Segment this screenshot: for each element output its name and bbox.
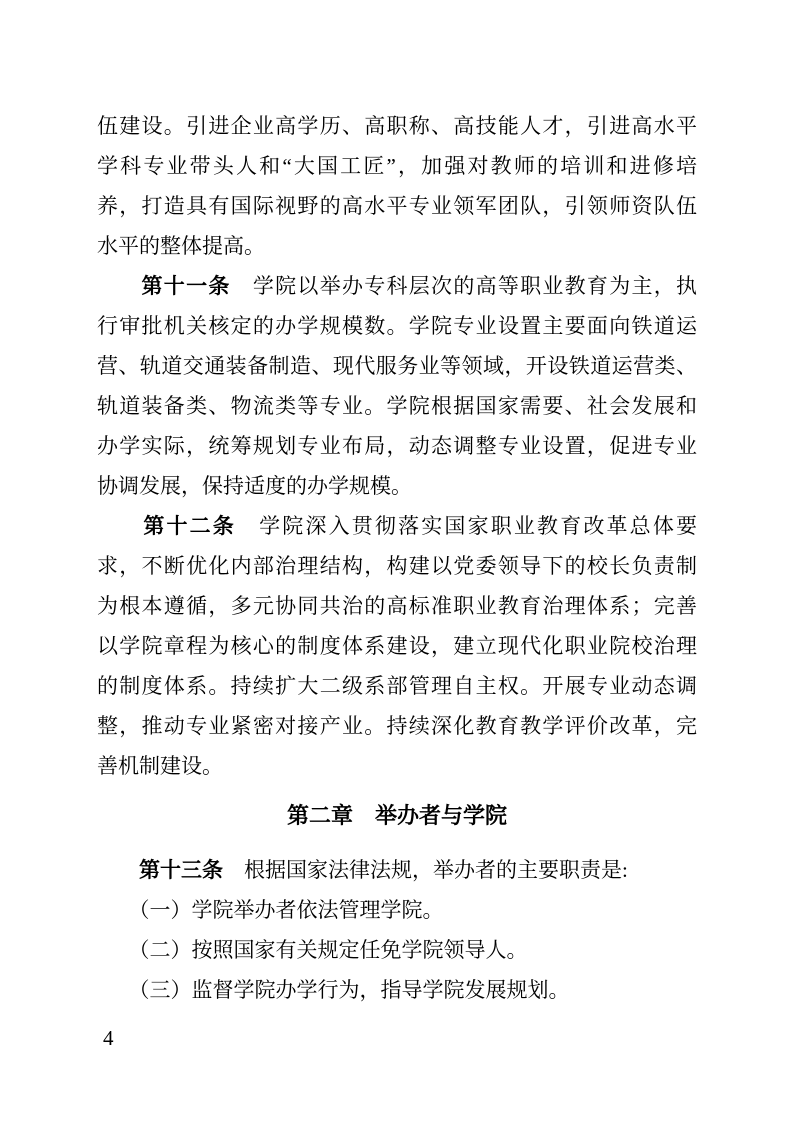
text-line: 第十二条 学院深入贯彻落实国家职业教育改革总体要 bbox=[97, 506, 697, 546]
paragraph: 第十三条 根据国家法律法规，举办者的主要职责是: bbox=[97, 850, 697, 890]
text-line: 水平的整体提高。 bbox=[97, 226, 697, 266]
text-line: 伍建设。引进企业高学历、高职称、高技能人才，引进高水平 bbox=[97, 106, 697, 146]
article-number-label: 第十二条 bbox=[97, 514, 236, 538]
text-run: 的制度体系。持续扩大二级系部管理自主权。开展专业动态调 bbox=[97, 674, 697, 698]
paragraph: 伍建设。引进企业高学历、高职称、高技能人才，引进高水平学科专业带头人和“大国工匠… bbox=[97, 106, 697, 266]
text-run: 协调发展，保持适度的办学规模。 bbox=[97, 474, 412, 498]
text-line: 为根本遵循，多元协同共治的高标准职业教育治理体系；完善 bbox=[97, 586, 697, 626]
text-line: 协调发展，保持适度的办学规模。 bbox=[97, 466, 697, 506]
text-line: （二）按照国家有关规定任免学院领导人。 bbox=[97, 930, 697, 970]
text-line: 整，推动专业紧密对接产业。持续深化教育教学评价改革，完 bbox=[97, 706, 697, 746]
text-run: 以学院章程为核心的制度体系建设，建立现代化职业院校治理 bbox=[97, 634, 697, 658]
paragraph: （二）按照国家有关规定任免学院领导人。 bbox=[97, 930, 697, 970]
text-line: 第十三条 根据国家法律法规，举办者的主要职责是: bbox=[97, 850, 697, 890]
text-run: （二）按照国家有关规定任免学院领导人。 bbox=[97, 938, 528, 962]
text-run: 水平的整体提高。 bbox=[97, 234, 265, 258]
text-run: 学院深入贯彻落实国家职业教育改革总体要 bbox=[236, 514, 697, 538]
text-run: （三）监督学院办学行为，指导学院发展规划。 bbox=[97, 978, 570, 1002]
text-run: 学院以举办专科层次的高等职业教育为主，执 bbox=[231, 274, 697, 298]
text-line: 学科专业带头人和“大国工匠”，加强对教师的培训和进修培 bbox=[97, 146, 697, 186]
text-line: 轨道装备类、物流类等专业。学院根据国家需要、社会发展和 bbox=[97, 386, 697, 426]
document-body: 伍建设。引进企业高学历、高职称、高技能人才，引进高水平学科专业带头人和“大国工匠… bbox=[97, 106, 697, 1010]
text-run: 营、轨道交通装备制造、现代服务业等领域，开设铁道运营类、 bbox=[97, 354, 697, 378]
text-run: 学科专业带头人和“大国工匠”，加强对教师的培训和进修培 bbox=[97, 154, 697, 178]
text-run: 行审批机关核定的办学规模数。学院专业设置主要面向铁道运 bbox=[97, 314, 697, 338]
text-run: （一）学院举办者依法管理学院。 bbox=[97, 898, 444, 922]
text-line: 以学院章程为核心的制度体系建设，建立现代化职业院校治理 bbox=[97, 626, 697, 666]
text-run: 善机制建设。 bbox=[97, 754, 223, 778]
text-run: 轨道装备类、物流类等专业。学院根据国家需要、社会发展和 bbox=[97, 394, 697, 418]
text-line: 营、轨道交通装备制造、现代服务业等领域，开设铁道运营类、 bbox=[97, 346, 697, 386]
paragraph: 第十一条 学院以举办专科层次的高等职业教育为主，执行审批机关核定的办学规模数。学… bbox=[97, 266, 697, 506]
text-run: 为根本遵循，多元协同共治的高标准职业教育治理体系；完善 bbox=[97, 594, 697, 618]
text-run: 办学实际，统筹规划专业布局，动态调整专业设置，促进专业 bbox=[97, 434, 697, 458]
page-number: 4 bbox=[103, 1024, 114, 1052]
document-page: 伍建设。引进企业高学历、高职称、高技能人才，引进高水平学科专业带头人和“大国工匠… bbox=[0, 0, 793, 1122]
text-run: 伍建设。引进企业高学历、高职称、高技能人才，引进高水平 bbox=[97, 114, 697, 138]
text-run: 养，打造具有国际视野的高水平专业领军团队，引领师资队伍 bbox=[97, 194, 697, 218]
text-line: 行审批机关核定的办学规模数。学院专业设置主要面向铁道运 bbox=[97, 306, 697, 346]
text-line: 求，不断优化内部治理结构，构建以党委领导下的校长负责制 bbox=[97, 546, 697, 586]
text-line: 养，打造具有国际视野的高水平专业领军团队，引领师资队伍 bbox=[97, 186, 697, 226]
text-run: 整，推动专业紧密对接产业。持续深化教育教学评价改革，完 bbox=[97, 714, 697, 738]
paragraph: 第十二条 学院深入贯彻落实国家职业教育改革总体要求，不断优化内部治理结构，构建以… bbox=[97, 506, 697, 786]
text-line: 第十一条 学院以举办专科层次的高等职业教育为主，执 bbox=[97, 266, 697, 306]
text-run: 根据国家法律法规，举办者的主要职责是: bbox=[223, 858, 628, 882]
text-line: 的制度体系。持续扩大二级系部管理自主权。开展专业动态调 bbox=[97, 666, 697, 706]
text-line: （三）监督学院办学行为，指导学院发展规划。 bbox=[97, 970, 697, 1010]
text-line: 善机制建设。 bbox=[97, 746, 697, 786]
text-line: 办学实际，统筹规划专业布局，动态调整专业设置，促进专业 bbox=[97, 426, 697, 466]
article-number-label: 第十三条 bbox=[97, 858, 223, 882]
chapter-heading: 第二章 举办者与学院 bbox=[97, 796, 697, 836]
paragraph: （三）监督学院办学行为，指导学院发展规划。 bbox=[97, 970, 697, 1010]
text-run: 求，不断优化内部治理结构，构建以党委领导下的校长负责制 bbox=[97, 554, 697, 578]
article-number-label: 第十一条 bbox=[97, 274, 231, 298]
text-line: （一）学院举办者依法管理学院。 bbox=[97, 890, 697, 930]
paragraph: （一）学院举办者依法管理学院。 bbox=[97, 890, 697, 930]
